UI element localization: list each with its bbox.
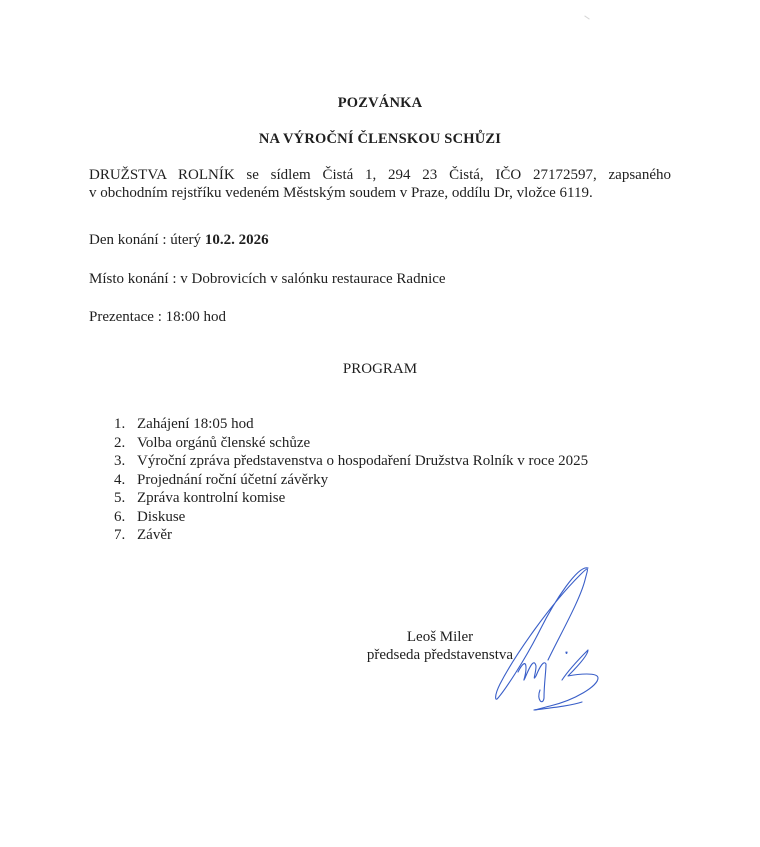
presentation-time: Prezentace : 18:00 hod (89, 309, 226, 326)
agenda-item: 6.Diskuse (114, 508, 588, 527)
document-title: POZVÁNKA (0, 95, 760, 112)
intro-line-2: v obchodním rejstříku vedeném Městským s… (89, 184, 671, 202)
agenda-item: 4.Projednání roční účetní závěrky (114, 471, 588, 490)
agenda-list: 1.Zahájení 18:05 hod 2.Volba orgánů člen… (114, 415, 588, 545)
handwritten-signature (470, 560, 610, 720)
agenda-item: 3.Výroční zpráva představenstva o hospod… (114, 452, 588, 471)
intro-line-1: DRUŽSTVA ROLNÍK se sídlem Čistá 1, 294 2… (89, 166, 671, 184)
document-page: POZVÁNKA NA VÝROČNÍ ČLENSKOU SCHŮZI DRUŽ… (0, 0, 760, 847)
agenda-item: 5.Zpráva kontrolní komise (114, 489, 588, 508)
agenda-item: 7.Závěr (114, 526, 588, 545)
date-label: Den konání : úterý (89, 232, 205, 248)
program-heading: PROGRAM (0, 361, 760, 378)
intro-paragraph: DRUŽSTVA ROLNÍK se sídlem Čistá 1, 294 2… (89, 166, 671, 202)
scan-artifact (584, 15, 589, 19)
agenda-item: 1.Zahájení 18:05 hod (114, 415, 588, 434)
document-subtitle: NA VÝROČNÍ ČLENSKOU SCHŮZI (0, 131, 760, 148)
meeting-date: Den konání : úterý 10.2. 2026 (89, 232, 269, 249)
date-value: 10.2. 2026 (205, 232, 269, 248)
meeting-place: Místo konání : v Dobrovicích v salónku r… (89, 271, 446, 288)
agenda-item: 2.Volba orgánů členské schůze (114, 434, 588, 453)
